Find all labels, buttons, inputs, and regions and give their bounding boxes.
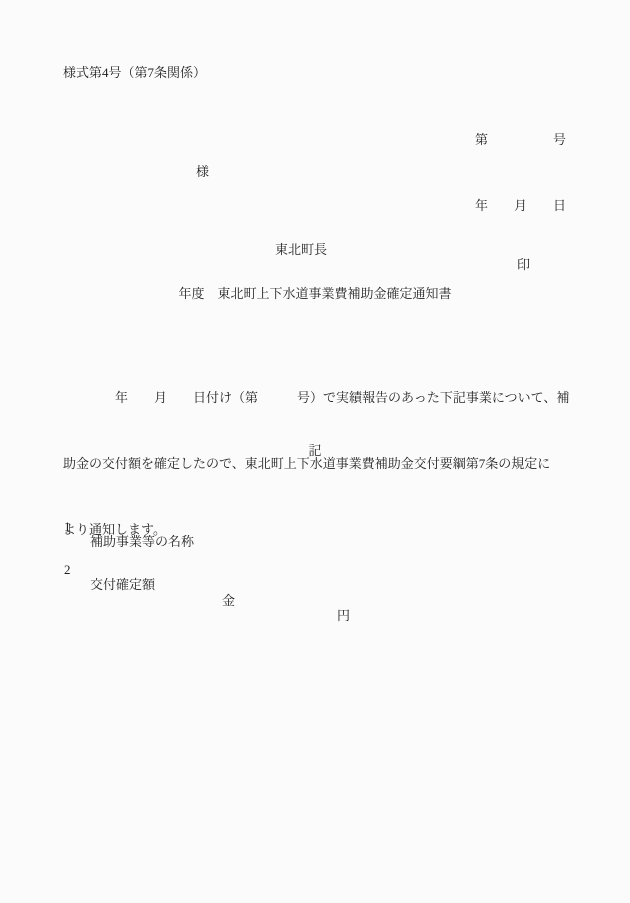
sender-name: 東北町長: [275, 242, 327, 258]
item-2-label: 交付確定額: [90, 577, 155, 593]
list-item-2: 2 交付確定額 金 円: [0, 546, 630, 564]
addressee-honorific: 様: [196, 164, 209, 180]
doc-number-line: 第 号: [475, 129, 566, 151]
body-line-1: 年 月 日付け（第 号）で実績報告のあった下記事業について、補: [63, 387, 573, 409]
document-title: 年度 東北町上下水道事業費補助金確定通知書: [0, 286, 630, 302]
item-1-number: 1: [64, 519, 71, 535]
amount-prefix: 金: [222, 593, 235, 609]
list-item-1: 1 補助事業等の名称: [0, 503, 630, 521]
sender-row: 東北町長 印: [0, 226, 630, 288]
form-number-label: 様式第4号（第7条関係）: [63, 65, 206, 81]
notation-marker: 記: [0, 443, 630, 459]
item-2-number: 2: [64, 562, 71, 578]
document-page: 様式第4号（第7条関係） 第 号 年 月 日 様 東北町長 印 年度 東北町上下…: [0, 0, 630, 903]
amount-suffix: 円: [337, 608, 350, 624]
doc-date-line: 年 月 日: [475, 195, 566, 217]
seal-mark: 印: [517, 257, 530, 273]
